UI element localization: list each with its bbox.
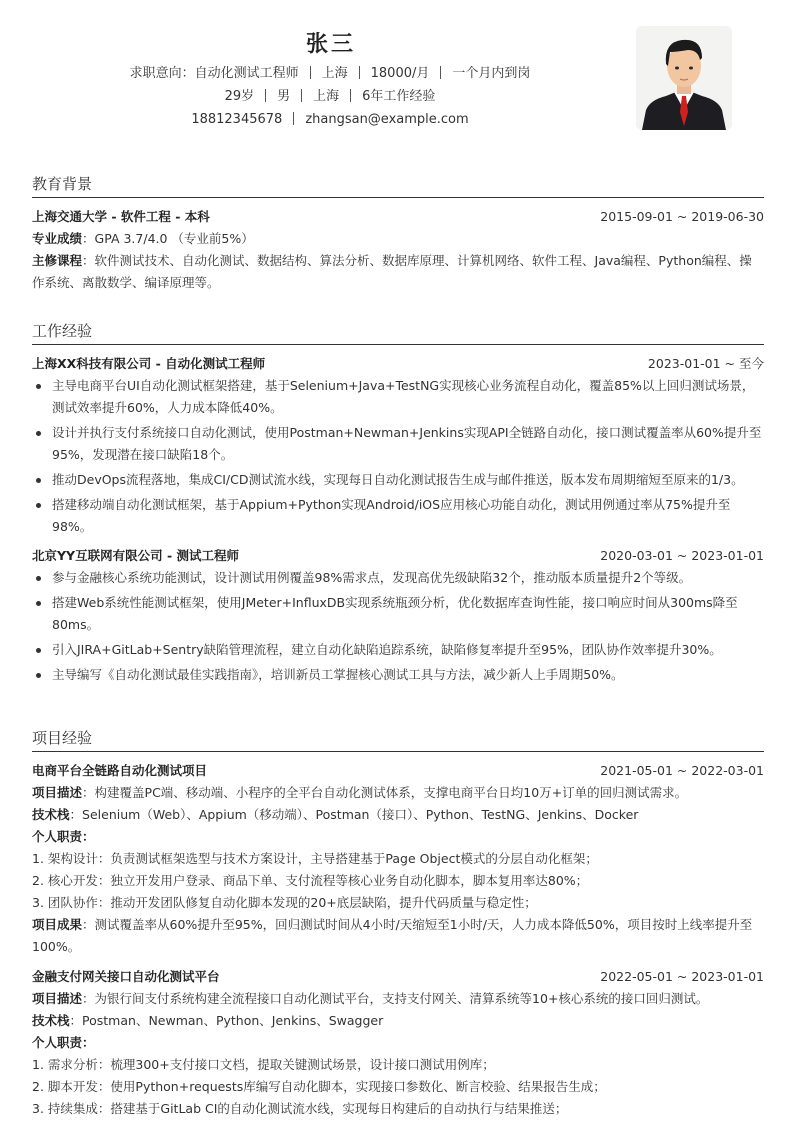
expected-salary: 18000/月 xyxy=(371,66,430,81)
duty-label-line: 个人职责： xyxy=(32,1032,764,1054)
job-entry: 北京YY互联网有限公司 - 测试工程师 2020-03-01 ~ 2023-01… xyxy=(32,545,764,686)
duty-item: 1. 需求分析：梳理300+支付接口文档，提取关键测试场景，设计接口测试用例库； xyxy=(32,1054,764,1076)
bullet-item: 推动DevOps流程落地，集成CI/CD测试流水线，实现每日自动化测试报告生成与… xyxy=(32,469,764,491)
project-date: 2022-05-01 ~ 2023-01-01 xyxy=(600,966,764,988)
project-desc-line: 项目描述：为银行间支付系统构建全流程接口自动化测试平台，支持支付网关、清算系统等… xyxy=(32,988,764,1010)
project-entry: 金融支付网关接口自动化测试平台 2022-05-01 ~ 2023-01-01 … xyxy=(32,966,764,1120)
project-header: 电商平台全链路自动化测试项目 2021-05-01 ~ 2022-03-01 xyxy=(32,760,764,782)
desc-value: 构建覆盖PC端、移动端、小程序的全平台自动化测试体系，支撑电商平台日均10万+订… xyxy=(95,785,688,800)
resume-header: 张三 求职意向：自动化测试工程师上海18000/月一个月内到岗 29岁男上海6年… xyxy=(0,28,660,131)
age: 29岁 xyxy=(225,89,255,104)
section-title-work: 工作经验 xyxy=(32,318,764,345)
stack-value: Postman、Newman、Python、Jenkins、Swagger xyxy=(82,1013,383,1028)
location: 上海 xyxy=(313,89,339,104)
project-entry: 电商平台全链路自动化测试项目 2021-05-01 ~ 2022-03-01 项… xyxy=(32,760,764,958)
project-date: 2021-05-01 ~ 2022-03-01 xyxy=(600,760,764,782)
desc-label: 项目描述 xyxy=(32,785,82,800)
divider xyxy=(350,89,351,102)
job-date: 2020-03-01 ~ 2023-01-01 xyxy=(600,545,764,567)
bullet-item: 主导编写《自动化测试最佳实践指南》，培训新员工掌握核心测试工具与方法，减少新人上… xyxy=(32,664,764,686)
courses-label: 主修课程 xyxy=(32,253,82,268)
result-label: 项目成果 xyxy=(32,917,82,932)
section-title-projects: 项目经验 xyxy=(32,725,764,752)
project-name: 电商平台全链路自动化测试项目 xyxy=(32,760,207,782)
divider xyxy=(301,89,302,102)
work-section: 工作经验 上海XX科技有限公司 - 自动化测试工程师 2023-01-01 ~ … xyxy=(32,318,764,689)
job-intent-line: 求职意向：自动化测试工程师上海18000/月一个月内到岗 xyxy=(0,62,660,85)
project-desc-line: 项目描述：构建覆盖PC端、移动端、小程序的全平台自动化测试体系，支撑电商平台日均… xyxy=(32,782,764,804)
job-bullets: 参与金融核心系统功能测试，设计测试用例覆盖98%需求点，发现高优先级缺陷32个，… xyxy=(32,567,764,686)
job-date: 2023-01-01 ~ 至今 xyxy=(648,353,764,375)
education-entry-header: 上海交通大学 - 软件工程 - 本科 2015-09-01 ~ 2019-06-… xyxy=(32,206,764,228)
desc-label: 项目描述 xyxy=(32,991,82,1006)
project-header: 金融支付网关接口自动化测试平台 2022-05-01 ~ 2023-01-01 xyxy=(32,966,764,988)
gpa-label: 专业成绩 xyxy=(32,231,82,246)
contact-line: 18812345678zhangsan@example.com xyxy=(0,108,660,131)
job-company-title: 北京YY互联网有限公司 - 测试工程师 xyxy=(32,545,239,567)
duty-item: 2. 脚本开发：使用Python+requests库编写自动化脚本，实现接口参数… xyxy=(32,1076,764,1098)
divider xyxy=(293,112,294,125)
duty-item: 3. 团队协作：推动开发团队修复自动化脚本发现的20+底层缺陷，提升代码质量与稳… xyxy=(32,892,764,914)
job-entry: 上海XX科技有限公司 - 自动化测试工程师 2023-01-01 ~ 至今 主导… xyxy=(32,353,764,538)
courses-line: 主修课程：软件测试技术、自动化测试、数据结构、算法分析、数据库原理、计算机网络、… xyxy=(32,250,764,294)
bullet-item: 引入JIRA+GitLab+Sentry缺陷管理流程，建立自动化缺陷追踪系统，缺… xyxy=(32,639,764,661)
duty-label: 个人职责： xyxy=(32,829,95,844)
job-intent: 求职意向：自动化测试工程师 xyxy=(130,66,299,81)
school-degree: 上海交通大学 - 软件工程 - 本科 xyxy=(32,206,210,228)
stack-label: 技术栈 xyxy=(32,807,70,822)
email-address: zhangsan@example.com xyxy=(305,112,468,127)
courses-value: 软件测试技术、自动化测试、数据结构、算法分析、数据库原理、计算机网络、软件工程、… xyxy=(32,253,752,290)
gpa-line: 专业成绩：GPA 3.7/4.0 （专业前5%） xyxy=(32,228,764,250)
divider xyxy=(359,66,360,79)
bullet-item: 主导电商平台UI自动化测试框架搭建，基于Selenium+Java+TestNG… xyxy=(32,375,764,419)
divider xyxy=(440,66,441,79)
duty-label-line: 个人职责： xyxy=(32,826,764,848)
section-title-education: 教育背景 xyxy=(32,171,764,198)
divider xyxy=(265,89,266,102)
gpa-value: GPA 3.7/4.0 （专业前5%） xyxy=(95,231,254,246)
personal-info-line: 29岁男上海6年工作经验 xyxy=(0,85,660,108)
divider xyxy=(310,66,311,79)
desc-value: 为银行间支付系统构建全流程接口自动化测试平台，支持支付网关、清算系统等10+核心… xyxy=(95,991,709,1006)
duty-item: 1. 架构设计：负责测试框架选型与技术方案设计，主导搭建基于Page Objec… xyxy=(32,848,764,870)
duty-label: 个人职责： xyxy=(32,1035,95,1050)
job-bullets: 主导电商平台UI自动化测试框架搭建，基于Selenium+Java+TestNG… xyxy=(32,375,764,538)
projects-section: 项目经验 电商平台全链路自动化测试项目 2021-05-01 ~ 2022-03… xyxy=(32,725,764,1120)
project-stack-line: 技术栈：Postman、Newman、Python、Jenkins、Swagge… xyxy=(32,1010,764,1032)
person-avatar-icon xyxy=(636,26,732,130)
bullet-item: 搭建Web系统性能测试框架，使用JMeter+InfluxDB实现系统瓶颈分析，… xyxy=(32,592,764,636)
stack-label: 技术栈 xyxy=(32,1013,70,1028)
project-result-line: 项目成果：测试覆盖率从60%提升至95%，回归测试时间从4小时/天缩短至1小时/… xyxy=(32,914,764,958)
bullet-item: 搭建移动端自动化测试框架，基于Appium+Python实现Android/iO… xyxy=(32,494,764,538)
stack-value: Selenium（Web）、Appium（移动端）、Postman（接口）、Py… xyxy=(82,807,638,822)
bullet-item: 参与金融核心系统功能测试，设计测试用例覆盖98%需求点，发现高优先级缺陷32个，… xyxy=(32,567,764,589)
bullet-item: 设计并执行支付系统接口自动化测试，使用Postman+Newman+Jenkin… xyxy=(32,422,764,466)
availability: 一个月内到岗 xyxy=(452,66,530,81)
intent-city: 上海 xyxy=(322,66,348,81)
job-header: 北京YY互联网有限公司 - 测试工程师 2020-03-01 ~ 2023-01… xyxy=(32,545,764,567)
education-section: 教育背景 上海交通大学 - 软件工程 - 本科 2015-09-01 ~ 201… xyxy=(32,171,764,294)
project-stack-line: 技术栈：Selenium（Web）、Appium（移动端）、Postman（接口… xyxy=(32,804,764,826)
project-name: 金融支付网关接口自动化测试平台 xyxy=(32,966,220,988)
duty-item: 3. 持续集成：搭建基于GitLab CI的自动化测试流水线，实现每日构建后的自… xyxy=(32,1098,764,1120)
education-date: 2015-09-01 ~ 2019-06-30 xyxy=(600,206,764,228)
experience-years: 6年工作经验 xyxy=(362,89,435,104)
result-value: 测试覆盖率从60%提升至95%，回归测试时间从4小时/天缩短至1小时/天，人力成… xyxy=(32,917,752,954)
job-company-title: 上海XX科技有限公司 - 自动化测试工程师 xyxy=(32,353,265,375)
resume-page: 张三 求职意向：自动化测试工程师上海18000/月一个月内到岗 29岁男上海6年… xyxy=(0,0,794,1123)
candidate-name: 张三 xyxy=(2,28,660,62)
job-header: 上海XX科技有限公司 - 自动化测试工程师 2023-01-01 ~ 至今 xyxy=(32,353,764,375)
duty-item: 2. 核心开发：独立开发用户登录、商品下单、支付流程等核心业务自动化脚本，脚本复… xyxy=(32,870,764,892)
phone-number: 18812345678 xyxy=(191,112,282,127)
gender: 男 xyxy=(277,89,290,104)
